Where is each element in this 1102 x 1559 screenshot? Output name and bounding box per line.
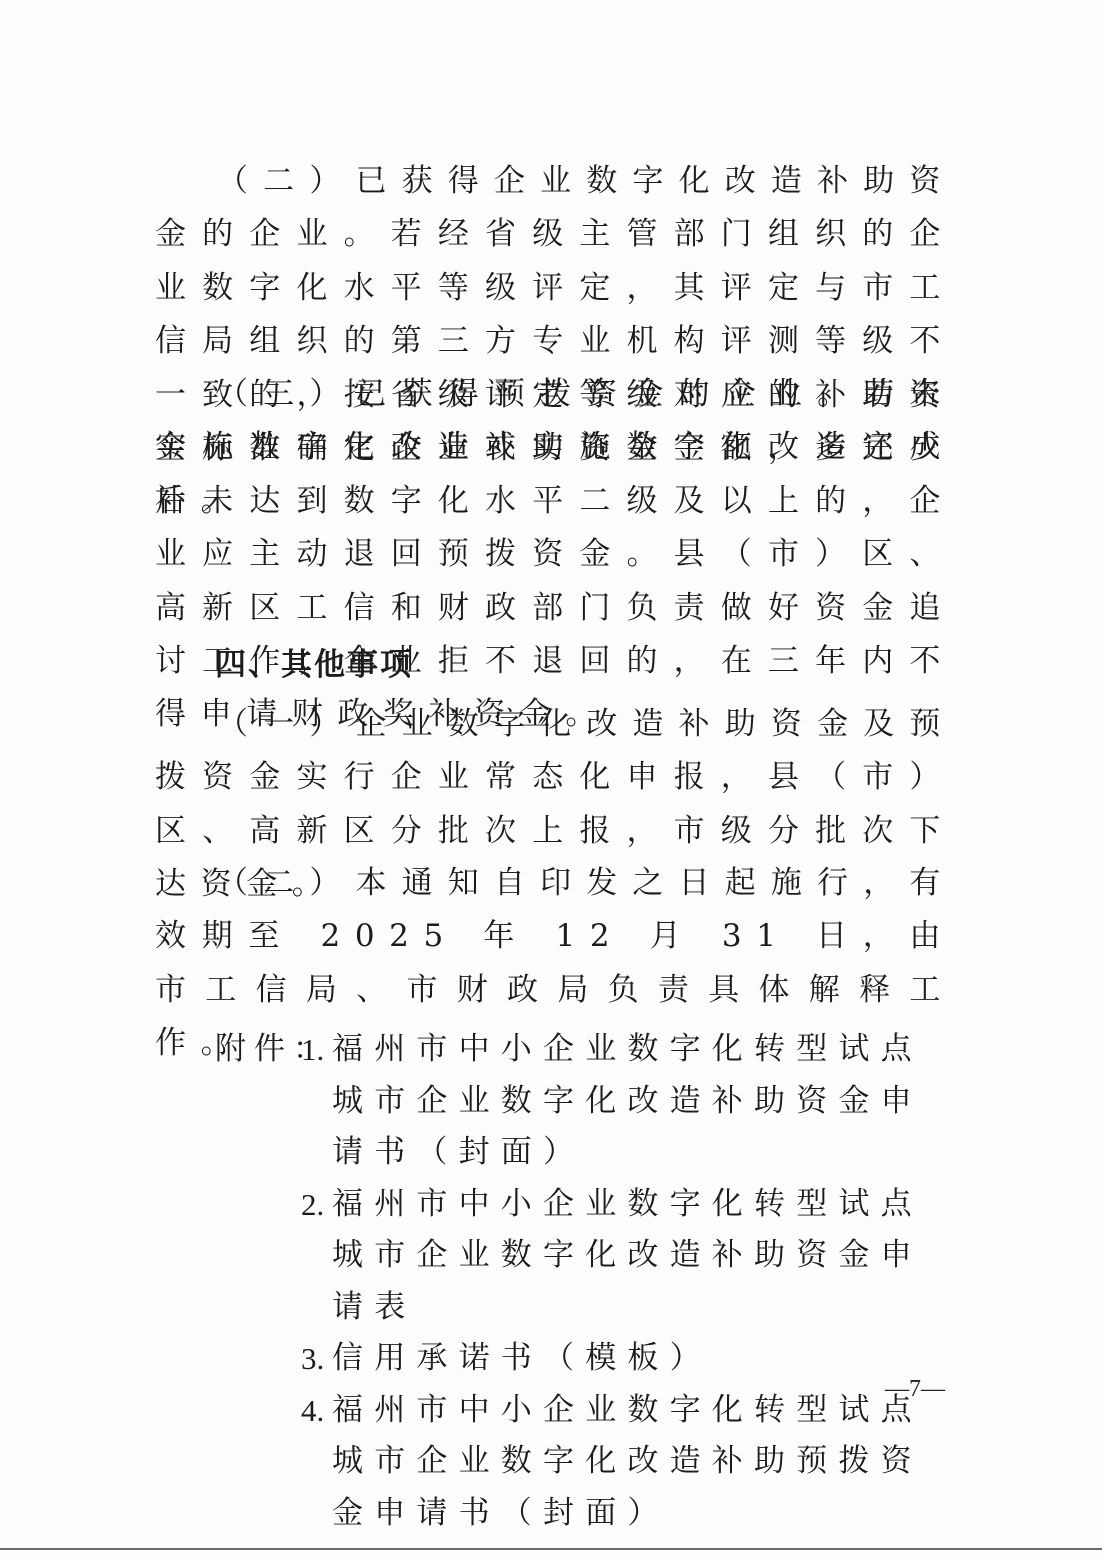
attachment-item-2: 2. 福州市中小企业数字化转型试点城市企业数字化改造补助资金申请表 bbox=[301, 1179, 961, 1334]
attachment-number: 1. bbox=[301, 1024, 332, 1179]
attachment-title: 福州市中小企业数字化转型试点城市企业数字化改造补助资金申请表 bbox=[332, 1179, 961, 1334]
attachment-number: 4. bbox=[301, 1385, 332, 1540]
attachment-number: 2. bbox=[301, 1179, 332, 1334]
attachments-list: 1. 福州市中小企业数字化转型试点城市企业数字化改造补助资金申请书（封面） 2.… bbox=[301, 1024, 961, 1539]
attachment-title: 福州市中小企业数字化转型试点城市企业数字化改造补助资金申请书（封面） bbox=[332, 1024, 961, 1179]
attachment-item-3: 3. 信用承诺书（模板） bbox=[301, 1333, 961, 1385]
heading-other-matters: 四、其他事项 bbox=[215, 643, 413, 687]
document-page: （二）已获得企业数字化改造补助资金的企业。若经省级主管部门组织的企业数字化水平等… bbox=[0, 0, 1102, 1559]
attachment-item-1: 1. 福州市中小企业数字化转型试点城市企业数字化改造补助资金申请书（封面） bbox=[301, 1024, 961, 1179]
attachment-number: 3. bbox=[301, 1333, 332, 1385]
scan-edge-divider bbox=[0, 1548, 1102, 1550]
attachment-item-4: 4. 福州市中小企业数字化转型试点城市企业数字化改造补助预拨资金申请书（封面） bbox=[301, 1385, 961, 1540]
page-number: —7— bbox=[885, 1376, 945, 1403]
attachment-title: 福州市中小企业数字化转型试点城市企业数字化改造补助预拨资金申请书（封面） bbox=[332, 1385, 961, 1540]
attachment-title: 信用承诺书（模板） bbox=[332, 1333, 712, 1385]
